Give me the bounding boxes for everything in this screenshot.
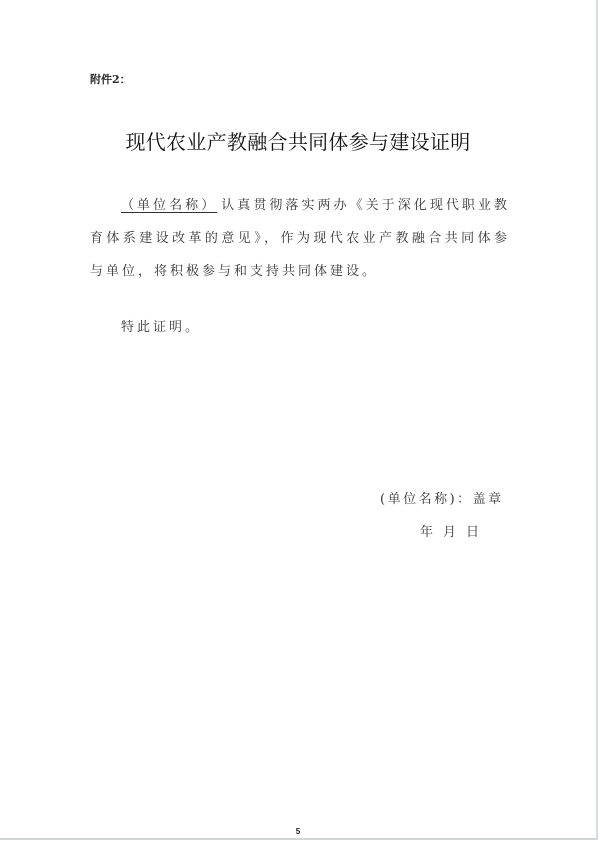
page-number: 5 (0, 827, 596, 836)
date-month-label: 月 (443, 525, 456, 540)
unit-name-blank: （单位名称） (121, 198, 221, 213)
signature-unit-seal: (单位名称)：盖章 (380, 488, 504, 507)
date-year-label: 年 (420, 525, 433, 540)
date-day-label: 日 (466, 525, 479, 540)
closing-statement: 特此证明。 (121, 316, 201, 335)
body-paragraph: （单位名称）认真贯彻落实两办《关于深化现代职业教育体系建设改革的意见》，作为现代… (90, 189, 510, 288)
signature-date: 年月日 (420, 521, 489, 540)
document-page: 附件2： 现代农业产教融合共同体参与建设证明 （单位名称）认真贯彻落实两办《关于… (0, 0, 598, 840)
attachment-label: 附件2： (90, 71, 131, 87)
document-title: 现代农业产教融合共同体参与建设证明 (0, 126, 596, 155)
